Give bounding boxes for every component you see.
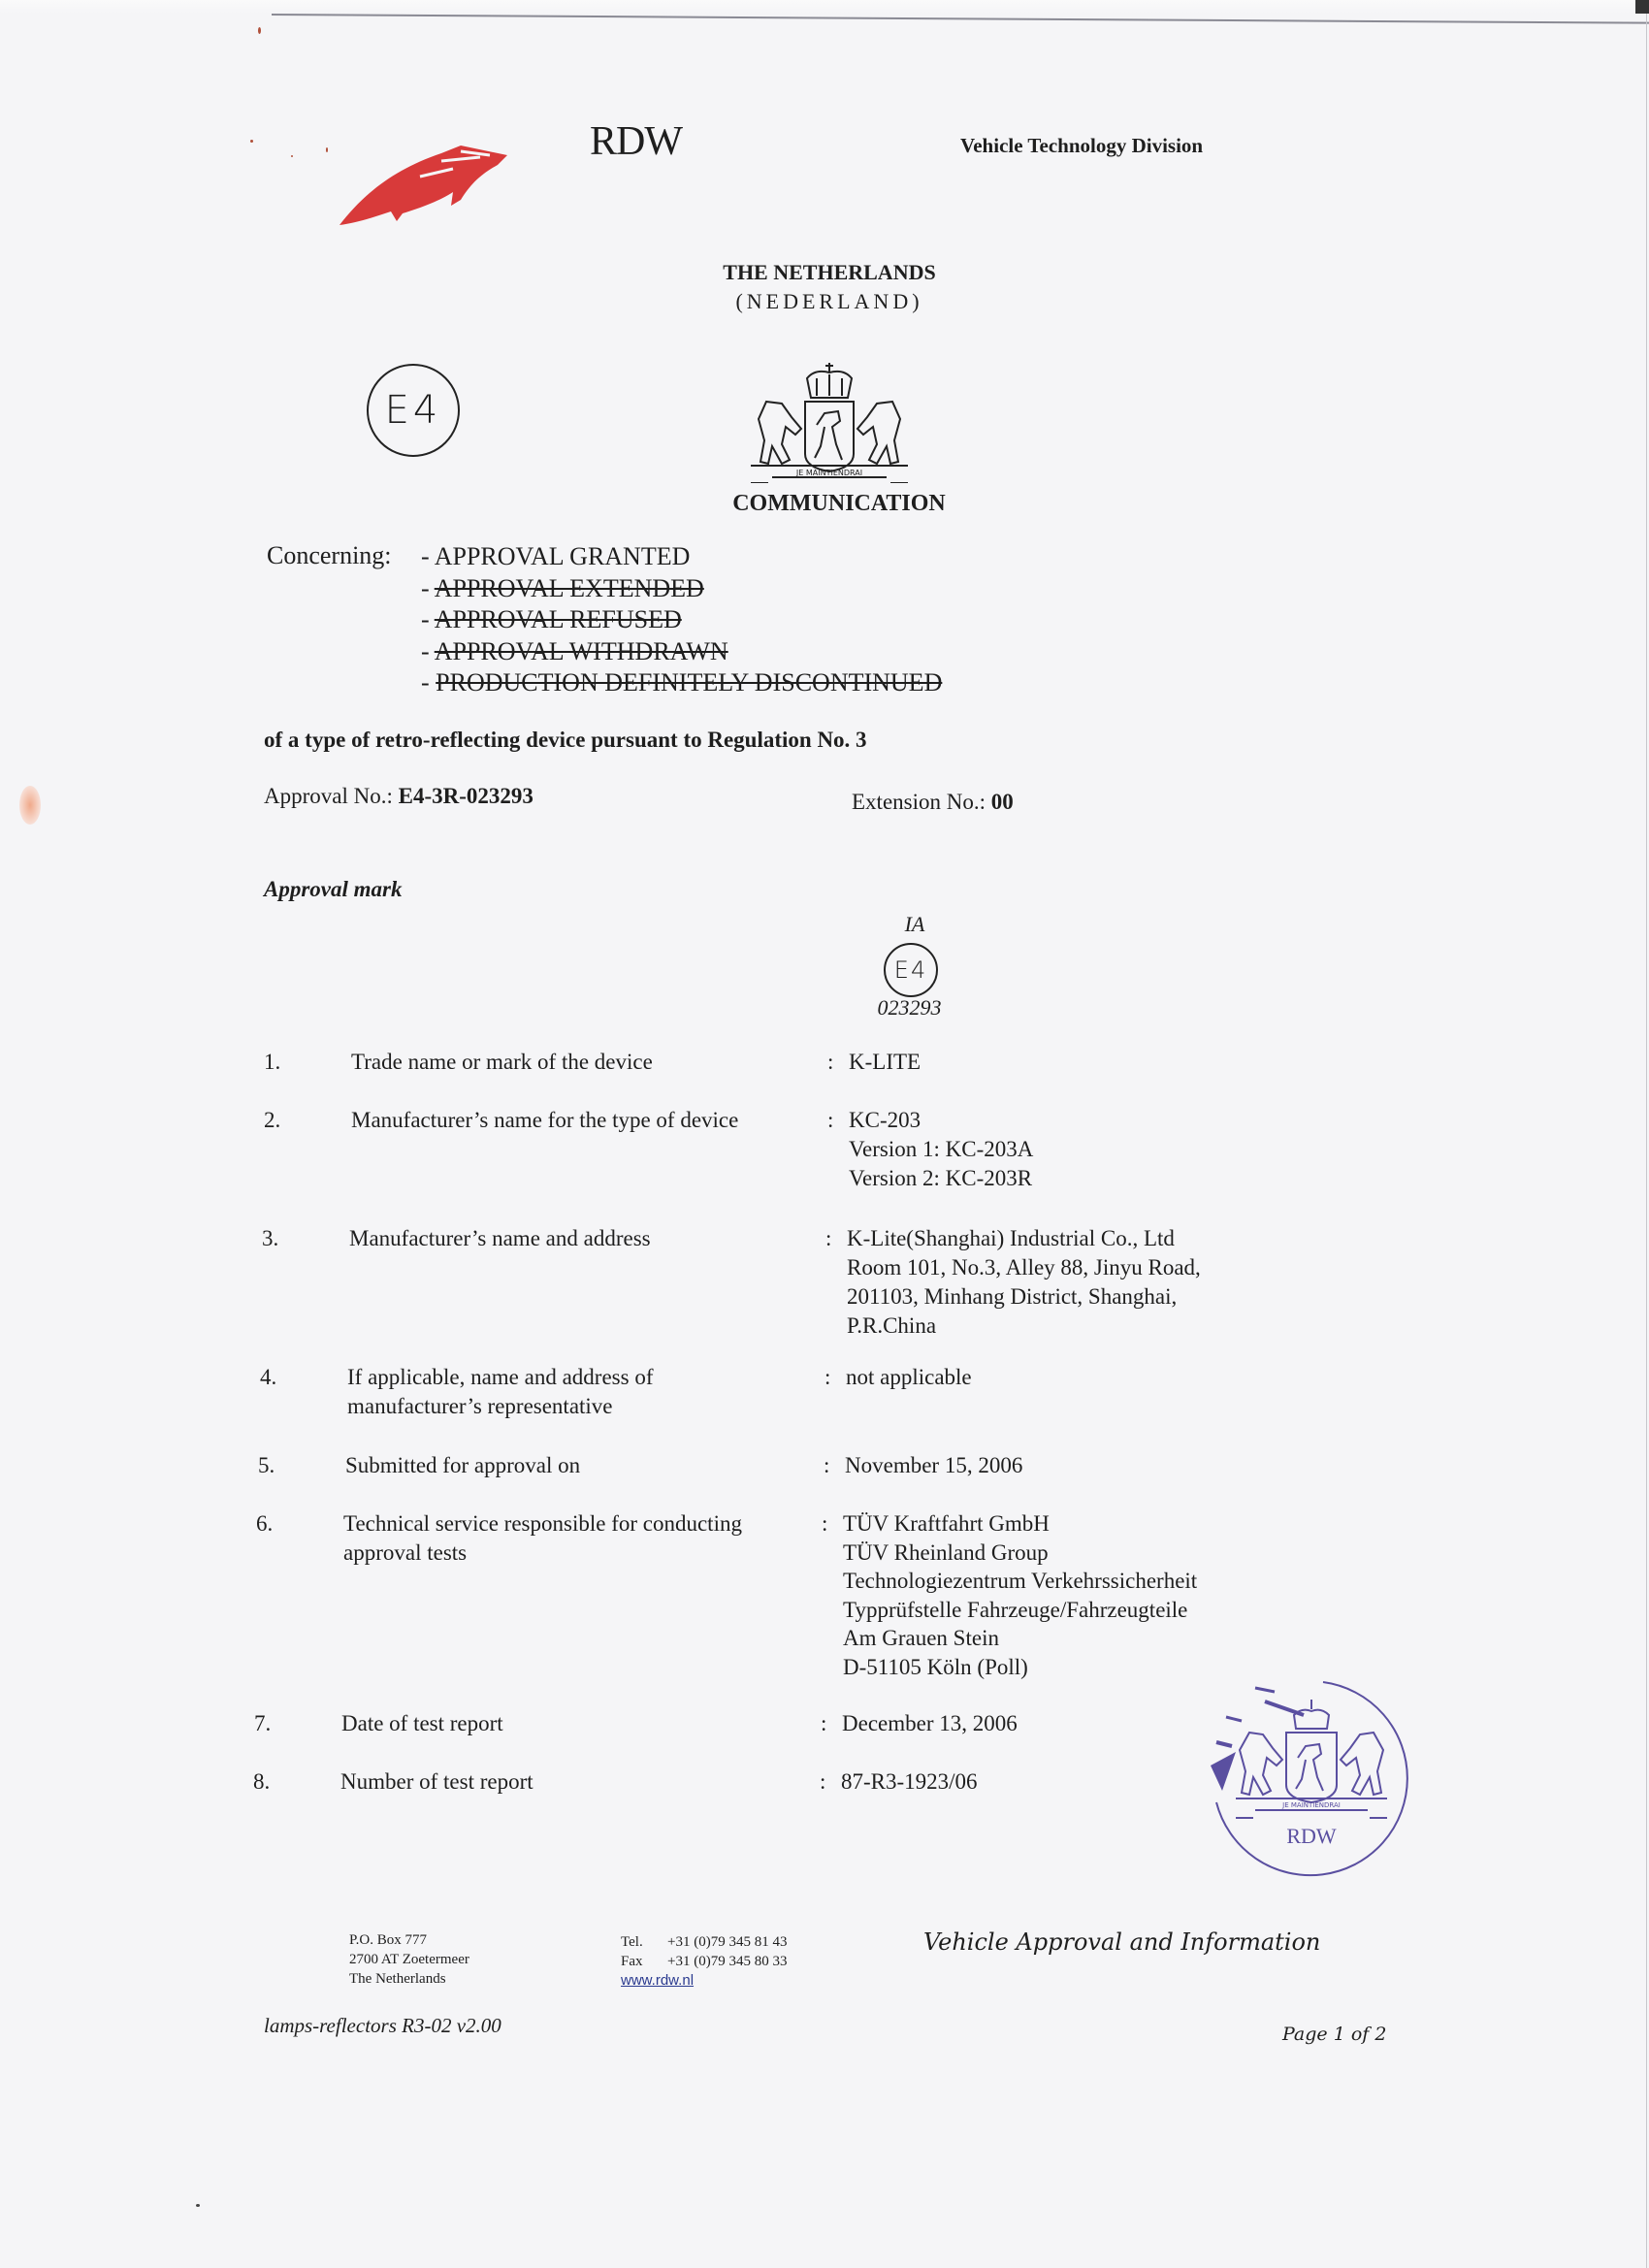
- concerning-list: - APPROVAL GRANTED - APPROVAL EXTENDED -…: [421, 541, 942, 699]
- rdw-logo-icon: [335, 136, 509, 233]
- extension-number: Extension No.: 00: [852, 790, 1014, 815]
- concerning-option: - APPROVAL GRANTED: [421, 541, 942, 573]
- website-link[interactable]: www.rdw.nl: [621, 1971, 694, 1991]
- item-value: :November 15, 2006: [845, 1451, 1310, 1480]
- item-value: :K-LITE: [849, 1048, 1314, 1077]
- extension-number-value: 00: [991, 790, 1014, 814]
- extension-number-label: Extension No.:: [852, 790, 986, 814]
- item-number: 4.: [260, 1363, 276, 1392]
- svg-text:RDW: RDW: [1286, 1824, 1337, 1848]
- concerning-option-struck: - APPROVAL WITHDRAWN: [421, 636, 942, 668]
- country-mark-e4: E4: [367, 364, 460, 457]
- svg-text:JE MAINTIENDRAI: JE MAINTIENDRAI: [795, 469, 862, 477]
- approval-mark-e4: E4: [884, 943, 938, 997]
- item-number: 7.: [254, 1709, 271, 1738]
- approval-number-label: Approval No.:: [264, 784, 393, 808]
- page-number: Page 1 of 2: [1282, 2024, 1386, 2045]
- scan-speck: [250, 140, 253, 143]
- coat-of-arms-icon: JE MAINTIENDRAI: [747, 357, 912, 483]
- item-label: Number of test report: [340, 1767, 796, 1797]
- concerning-label: Concerning:: [267, 541, 392, 570]
- item-label: Technical service responsible for conduc…: [343, 1509, 799, 1568]
- item-label: Manufacturer’s name and address: [349, 1224, 805, 1253]
- scan-corner: [1635, 0, 1649, 14]
- division-name: Vehicle Technology Division: [960, 134, 1203, 158]
- item-number: 1.: [264, 1048, 280, 1077]
- country-native: (NEDERLAND): [679, 289, 980, 314]
- approval-number-value: E4-3R-023293: [399, 784, 533, 808]
- item-number: 8.: [253, 1767, 270, 1797]
- footer-contact: Tel.+31 (0)79 345 81 43 Fax+31 (0)79 345…: [621, 1932, 787, 1991]
- item-value: :TÜV Kraftfahrt GmbHTÜV Rheinland GroupT…: [843, 1509, 1309, 1681]
- footer-address: P.O. Box 777 2700 AT Zoetermeer The Neth…: [349, 1930, 469, 1989]
- item-label: Trade name or mark of the device: [351, 1048, 807, 1077]
- concerning-option-struck: - PRODUCTION DEFINITELY DISCONTINUED: [421, 667, 942, 699]
- approval-mark-label: Approval mark: [264, 877, 402, 902]
- template-reference: lamps-reflectors R3-02 v2.00: [264, 2014, 501, 2038]
- approval-number: Approval No.: E4-3R-023293: [264, 784, 533, 809]
- subject-line: of a type of retro-reflecting device pur…: [264, 728, 867, 753]
- item-number: 6.: [256, 1509, 273, 1539]
- item-value: :not applicable: [846, 1363, 1311, 1392]
- org-name: RDW: [590, 118, 682, 165]
- concerning-option-struck: - APPROVAL REFUSED: [421, 604, 942, 636]
- approval-mark-class: IA: [900, 912, 929, 937]
- scan-speck: [196, 2204, 200, 2207]
- item-number: 5.: [258, 1451, 275, 1480]
- item-number: 2.: [264, 1106, 280, 1135]
- item-label: Manufacturer’s name for the type of devi…: [351, 1106, 807, 1135]
- item-number: 3.: [262, 1224, 278, 1253]
- footer-department: Vehicle Approval and Information: [923, 1928, 1320, 1956]
- item-label: Date of test report: [341, 1709, 797, 1738]
- footer-fax: Fax+31 (0)79 345 80 33: [621, 1952, 787, 1971]
- item-value: :K-Lite(Shanghai) Industrial Co., LtdRoo…: [847, 1224, 1312, 1341]
- svg-text:JE MAINTIENDRAI: JE MAINTIENDRAI: [1281, 1801, 1341, 1809]
- scan-smudge: [19, 786, 41, 825]
- concerning-option-struck: - APPROVAL EXTENDED: [421, 573, 942, 605]
- approval-mark-number: 023293: [868, 995, 951, 1021]
- item-label: If applicable, name and address of manuf…: [347, 1363, 716, 1421]
- item-label: Submitted for approval on: [345, 1451, 801, 1480]
- country-title: THE NETHERLANDS: [679, 260, 980, 285]
- scan-right-edge: [1646, 14, 1647, 2268]
- item-value: :KC-203Version 1: KC-203AVersion 2: KC-2…: [849, 1106, 1314, 1193]
- scan-speck: [326, 147, 328, 152]
- footer-tel: Tel.+31 (0)79 345 81 43: [621, 1932, 787, 1952]
- scan-speck: [258, 27, 261, 34]
- document-title: COMMUNICATION: [679, 491, 999, 517]
- rdw-stamp-icon: JE MAINTIENDRAI RDW: [1207, 1676, 1415, 1885]
- scan-speck: [291, 155, 293, 157]
